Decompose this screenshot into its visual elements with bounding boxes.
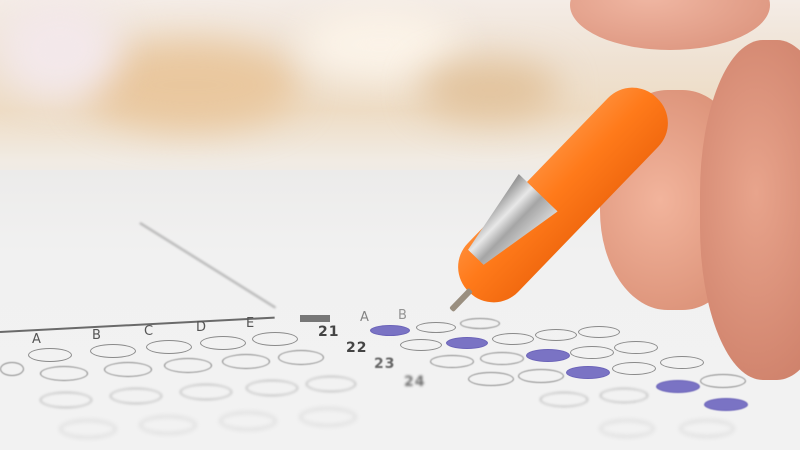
answer-bubble[interactable] xyxy=(306,376,356,392)
timing-mark xyxy=(300,315,330,322)
answer-bubble[interactable] xyxy=(540,392,588,407)
answer-bubble[interactable] xyxy=(90,344,136,358)
answer-bubble[interactable] xyxy=(252,332,298,346)
answer-bubble[interactable] xyxy=(570,346,614,359)
answer-bubble[interactable] xyxy=(200,336,246,350)
right-header-a: A xyxy=(360,310,370,325)
answer-bubble[interactable] xyxy=(680,420,734,437)
answer-bubble[interactable] xyxy=(612,362,656,375)
answer-bubble[interactable] xyxy=(110,388,162,404)
column-header-a: A xyxy=(32,332,42,347)
answer-bubble[interactable] xyxy=(430,355,474,368)
answer-bubble[interactable] xyxy=(180,384,232,400)
answer-bubble[interactable] xyxy=(600,388,648,403)
answer-bubble[interactable] xyxy=(222,354,270,369)
answer-bubble[interactable] xyxy=(164,358,212,373)
answer-bubble[interactable] xyxy=(400,339,442,351)
question-number-24: 24 xyxy=(404,374,425,390)
answer-bubble[interactable] xyxy=(40,392,92,408)
answer-bubble[interactable] xyxy=(300,408,356,426)
answer-bubble[interactable] xyxy=(28,348,72,362)
bokeh-blob xyxy=(0,0,120,100)
answer-bubble[interactable] xyxy=(535,329,577,341)
answer-bubble[interactable] xyxy=(220,412,276,430)
answer-bubble[interactable] xyxy=(700,374,746,388)
answer-bubble[interactable] xyxy=(104,362,152,377)
filled-bubble-26[interactable] xyxy=(704,398,748,411)
answer-bubble[interactable] xyxy=(416,322,456,333)
answer-bubble[interactable] xyxy=(660,356,704,369)
column-header-b: B xyxy=(92,328,102,343)
answer-bubble[interactable] xyxy=(60,420,116,438)
photo-scene: A B C D E A B 21 22 23 24 xyxy=(0,0,800,450)
answer-bubble[interactable] xyxy=(468,372,514,386)
question-number-22: 22 xyxy=(346,340,367,356)
answer-bubble[interactable] xyxy=(480,352,524,365)
answer-bubble[interactable] xyxy=(146,340,192,354)
column-header-e: E xyxy=(246,316,255,331)
answer-bubble[interactable] xyxy=(518,369,564,383)
column-header-d: D xyxy=(196,320,207,335)
answer-bubble[interactable] xyxy=(40,366,88,381)
bokeh-blob xyxy=(420,60,560,120)
answer-bubble[interactable] xyxy=(0,362,24,376)
answer-bubble[interactable] xyxy=(578,326,620,338)
answer-bubble[interactable] xyxy=(614,341,658,354)
right-header-b: B xyxy=(398,308,408,323)
answer-bubble[interactable] xyxy=(278,350,324,365)
filled-bubble-21[interactable] xyxy=(370,325,410,336)
filled-bubble-23[interactable] xyxy=(526,349,570,362)
filled-bubble-24[interactable] xyxy=(566,366,610,379)
answer-bubble[interactable] xyxy=(492,333,534,345)
answer-bubble[interactable] xyxy=(140,416,196,434)
question-number-23: 23 xyxy=(374,356,395,372)
answer-bubble[interactable] xyxy=(460,318,500,329)
filled-bubble-22[interactable] xyxy=(446,337,488,349)
filled-bubble-25[interactable] xyxy=(656,380,700,393)
column-header-c: C xyxy=(144,324,154,339)
question-number-21: 21 xyxy=(318,324,339,340)
answer-bubble[interactable] xyxy=(246,380,298,396)
answer-bubble[interactable] xyxy=(600,420,654,437)
